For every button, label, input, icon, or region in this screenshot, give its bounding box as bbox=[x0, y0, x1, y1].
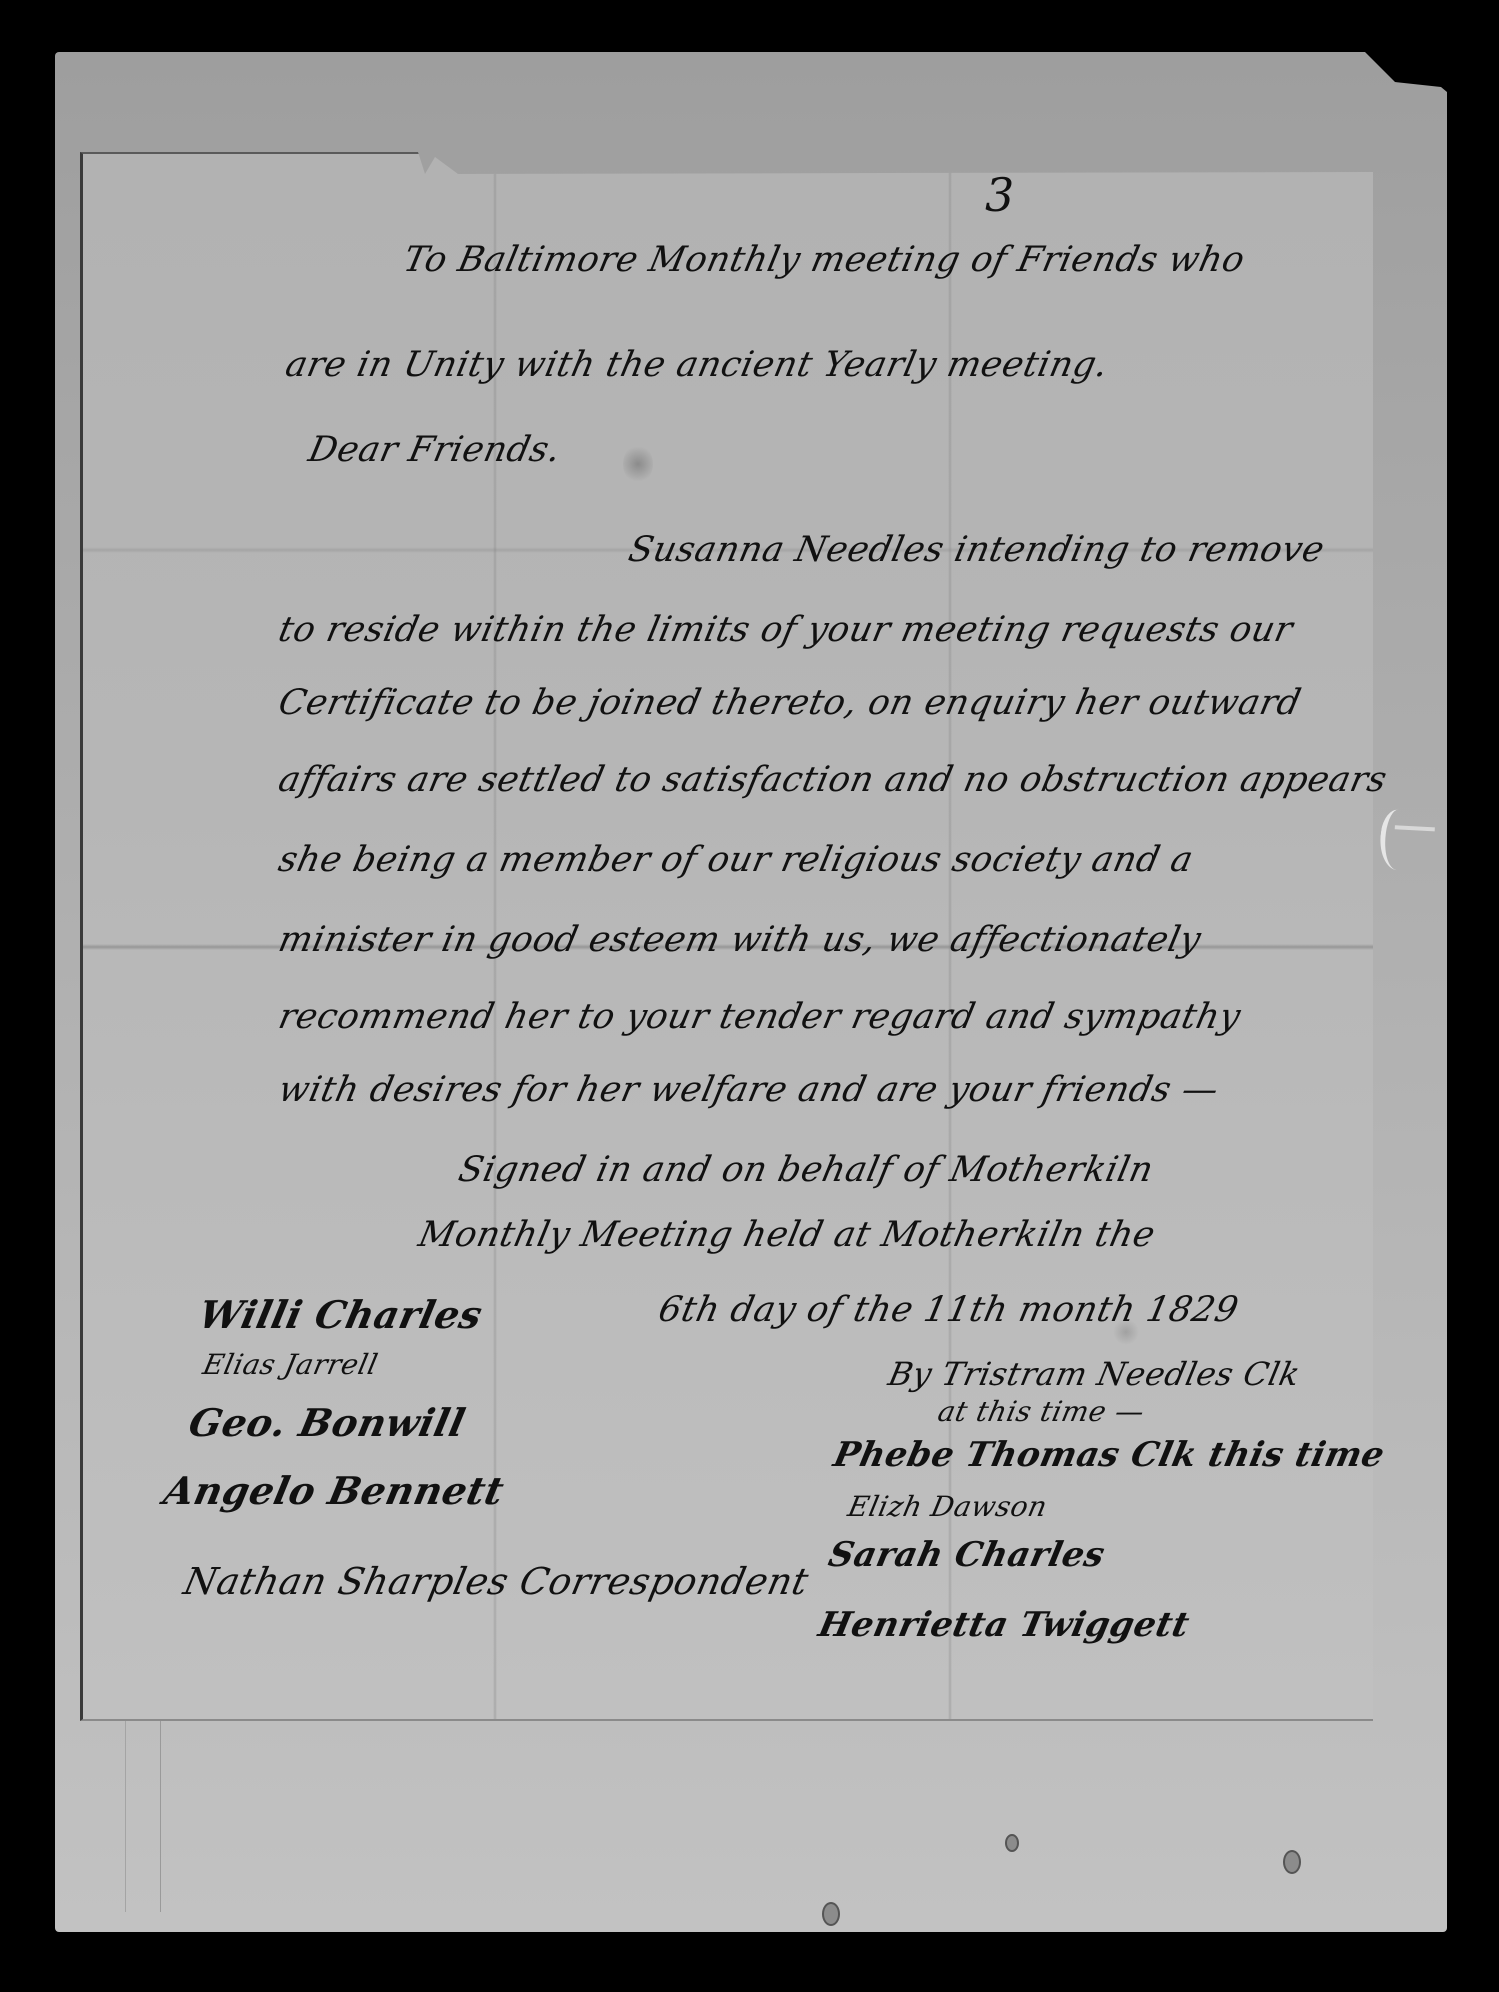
binding-hole bbox=[1005, 1834, 1019, 1852]
body-line: recommend her to your tender regard and … bbox=[275, 997, 1244, 1037]
body-line: affairs are settled to satisfaction and … bbox=[275, 760, 1391, 800]
date-line: 6th day of the 11th month 1829 bbox=[655, 1290, 1242, 1330]
greeting: Dear Friends. bbox=[305, 430, 564, 470]
address-line-1: To Baltimore Monthly meeting of Friends … bbox=[400, 240, 1248, 280]
signature-elizh-dawson: Elizh Dawson bbox=[845, 1490, 1050, 1523]
body-line: minister in good esteem with us, we affe… bbox=[275, 920, 1205, 960]
signature-henrietta-twiggett: Henrietta Twiggett bbox=[815, 1605, 1193, 1645]
body-line: with desires for her welfare and are you… bbox=[275, 1070, 1222, 1110]
binding-hole bbox=[822, 1902, 840, 1926]
clerk-note: at this time — bbox=[935, 1395, 1148, 1428]
signature-sarah-charles: Sarah Charles bbox=[825, 1535, 1109, 1575]
ink-stain bbox=[623, 444, 653, 484]
signature-willi-charles: Willi Charles bbox=[195, 1292, 487, 1337]
signature-nathan-sharples: Nathan Sharples Correspondent bbox=[180, 1560, 812, 1603]
signature-phebe-thomas: Phebe Thomas Clk this time bbox=[830, 1435, 1388, 1475]
signature-elias-jarrell: Elias Jarrell bbox=[200, 1348, 381, 1381]
signature-angelo-bennett: Angelo Bennett bbox=[160, 1468, 508, 1513]
binding-hole bbox=[1283, 1850, 1301, 1874]
body-line: Certificate to be joined thereto, on enq… bbox=[275, 683, 1305, 723]
body-line: Susanna Needles intending to remove bbox=[625, 530, 1328, 570]
closing-line: Monthly Meeting held at Motherkiln the bbox=[415, 1215, 1159, 1255]
address-line-2: are in Unity with the ancient Yearly mee… bbox=[282, 345, 1112, 385]
page-number: 3 bbox=[985, 168, 1014, 222]
body-line: to reside within the limits of your meet… bbox=[275, 610, 1297, 650]
body-line: she being a member of our religious soci… bbox=[275, 840, 1197, 880]
closing-line: Signed in and on behalf of Motherkiln bbox=[455, 1150, 1157, 1190]
signature-geo-bonwill: Geo. Bonwill bbox=[185, 1400, 469, 1445]
signature-tristram-needles: By Tristram Needles Clk bbox=[885, 1355, 1304, 1393]
